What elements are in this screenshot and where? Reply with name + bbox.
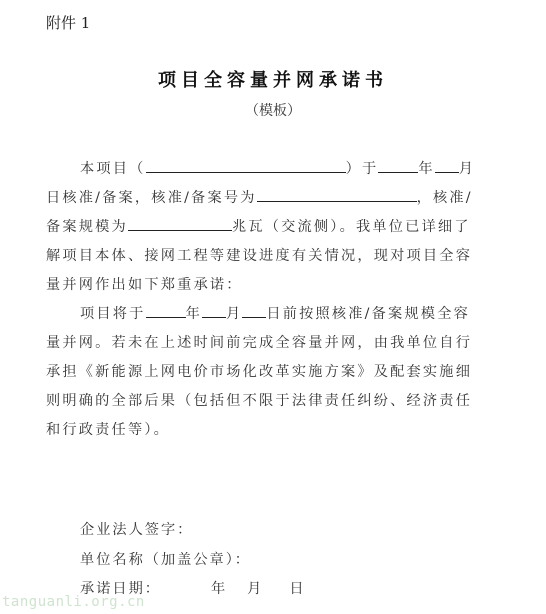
- text: 本项目（: [80, 161, 146, 177]
- para1-line2: 日核准/备案，核准/备案号为，核准/: [46, 184, 476, 213]
- para2-line2: 量并网。若未在上述时间前完成全容量并网，由我单位自行: [46, 329, 476, 358]
- capacity-blank[interactable]: [128, 216, 232, 231]
- commitment-body: 本项目（）于年月 日核准/备案，核准/备案号为，核准/ 备案规模为兆瓦（交流侧）…: [46, 155, 476, 445]
- text: ，核准/: [417, 190, 473, 206]
- annex-label: 附件 1: [46, 12, 90, 33]
- grid-month-blank[interactable]: [202, 303, 226, 318]
- project-name-blank[interactable]: [146, 158, 346, 173]
- para2-line3: 承担《新能源上网电价市场化改革实施方案》及配套实施细: [46, 358, 476, 387]
- text: 日核准/备案，核准/备案号为: [46, 190, 257, 206]
- approval-number-blank[interactable]: [257, 187, 417, 202]
- text: ）于: [346, 161, 379, 177]
- unit-name-label: 单位名称（加盖公章）：: [80, 549, 251, 569]
- text: 兆瓦（交流侧）。我单位已详细了: [232, 219, 471, 235]
- approval-year-blank[interactable]: [378, 158, 418, 173]
- para2-line4: 则明确的全部后果（包括但不限于法律责任纠纷、经济责任: [46, 387, 476, 416]
- para2-line1: 项目将于年月日前按照核准/备案规模全容: [46, 300, 476, 329]
- para1-line4: 解项目本体、接网工程等建设进度有关情况，现对项目全容: [46, 242, 476, 271]
- document-subtitle: （模板）: [0, 100, 546, 120]
- legal-rep-signature-label: 企业法人签字：: [80, 519, 193, 539]
- text: 年: [418, 161, 434, 177]
- document-title: 项目全容量并网承诺书: [0, 66, 546, 92]
- grid-year-blank[interactable]: [146, 303, 186, 318]
- para1-line3: 备案规模为兆瓦（交流侧）。我单位已详细了: [46, 213, 476, 242]
- para1-line5: 量并网作出如下郑重承诺：: [46, 271, 476, 300]
- para1-line1: 本项目（）于年月: [46, 155, 476, 184]
- text: 项目将于: [80, 306, 146, 322]
- text: 备案规模为: [46, 219, 128, 235]
- text: 年: [186, 306, 202, 322]
- date-month: 月: [247, 581, 263, 597]
- text: 月: [459, 161, 475, 177]
- watermark: tanguanli.org.cn: [2, 594, 145, 610]
- para2-line5: 和行政责任等）。: [46, 416, 476, 445]
- approval-month-blank[interactable]: [435, 158, 459, 173]
- text: 月: [226, 306, 242, 322]
- date-day: 日: [289, 581, 305, 597]
- text: 日前按照核准/备案规模全容: [266, 306, 470, 322]
- grid-day-blank[interactable]: [242, 303, 266, 318]
- date-year: 年: [211, 581, 227, 597]
